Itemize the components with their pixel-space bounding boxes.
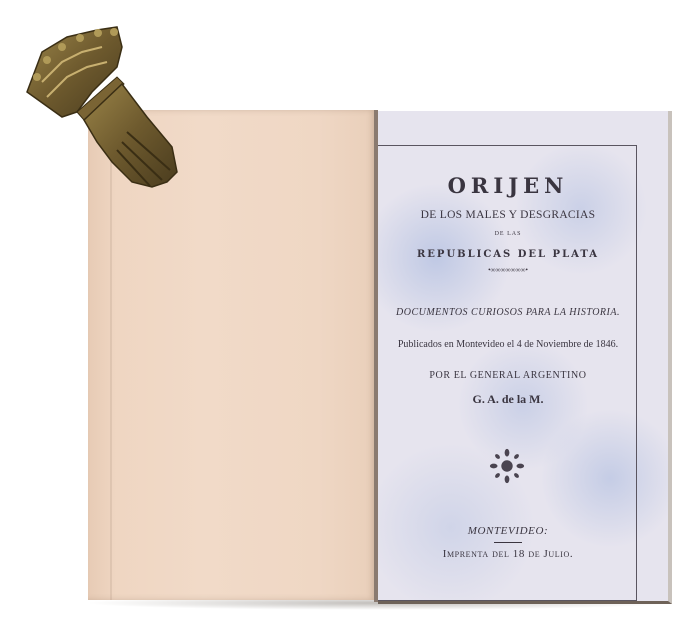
subtitle-line-2: DE LAS (378, 231, 638, 237)
title-page: ORIJEN DE LOS MALES Y DESGRACIAS DE LAS … (378, 111, 672, 604)
printer-line: Imprenta del 18 de Julio. (378, 548, 638, 560)
author-intro: POR EL GENERAL ARGENTINO (378, 370, 638, 381)
documents-line: DOCUMENTOS CURIOSOS PARA LA HISTORIA. (378, 307, 638, 318)
place-of-publication: MONTEVIDEO: (378, 525, 638, 537)
brass-hand-clip-icon (22, 22, 187, 197)
author-initials: G. A. de la M. (378, 392, 638, 407)
short-rule (494, 542, 522, 543)
book-title: ORIJEN (378, 173, 638, 198)
publication-line: Publicados en Montevideo el 4 de Noviemb… (378, 339, 638, 350)
flower-ornament-icon (488, 447, 526, 485)
ornamental-rule: •∞∞∞∞∞∞∞• (378, 266, 638, 274)
subtitle-line-1: DE LOS MALES Y DESGRACIAS (378, 209, 638, 221)
subtitle-line-3: REPUBLICAS DEL PLATA (378, 249, 638, 260)
